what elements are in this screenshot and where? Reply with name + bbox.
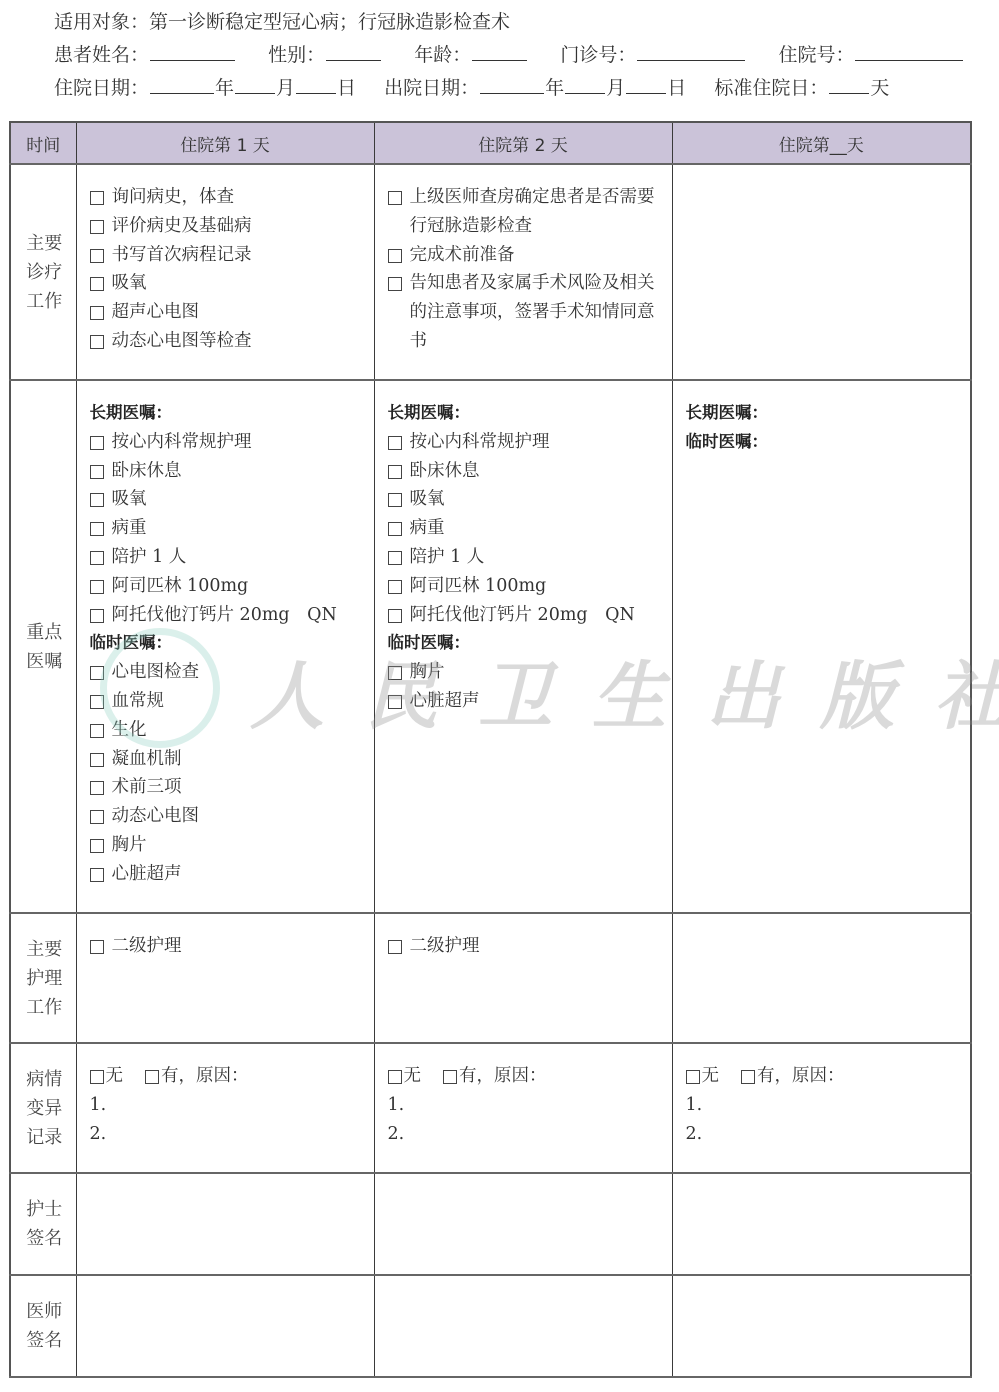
checkbox-icon[interactable] xyxy=(388,493,402,507)
day2-variation-cell: 无 有，原因： 1. 2. xyxy=(374,1043,672,1173)
checklist-item[interactable]: 阿托伐他汀钙片 20mg QN xyxy=(90,601,362,630)
item-label: 血常规 xyxy=(112,687,362,716)
outpatient-no-label: 门诊号： xyxy=(560,44,636,66)
checkbox-icon[interactable] xyxy=(90,220,104,234)
admit-date-label: 住院日期： xyxy=(54,77,149,99)
row-label-text: 病情变异记录 xyxy=(20,1065,66,1152)
inpatient-no-field[interactable]: 住院号： xyxy=(778,39,964,72)
checklist-item[interactable]: 吸氧 xyxy=(388,485,660,514)
year-unit: 年 xyxy=(545,77,564,99)
variation-none-option[interactable]: 无 xyxy=(686,1062,720,1091)
checklist-item[interactable]: 术前三项 xyxy=(90,773,362,802)
checkbox-icon[interactable] xyxy=(388,580,402,594)
option-label: 无 xyxy=(702,1062,720,1091)
item-label: 陪护 1 人 xyxy=(410,543,660,572)
row-label-text: 主要护理工作 xyxy=(20,935,66,1022)
clinical-pathway-table: 时间 住院第 1 天 住院第 2 天 住院第__天 主要诊疗工作 询问病史，体查… xyxy=(9,121,972,1378)
day1-orders-cell: 长期医嘱： 按心内科常规护理 卧床休息 吸氧 病重 陪护 1 人 阿司匹林 10… xyxy=(76,380,374,913)
standard-stay-label: 标准住院日： xyxy=(714,77,828,99)
age-label: 年龄： xyxy=(414,44,471,66)
long-term-orders-heading: 长期医嘱： xyxy=(388,399,660,428)
item-label: 陪护 1 人 xyxy=(112,543,362,572)
patient-name-blank[interactable] xyxy=(150,40,235,61)
patient-name-field[interactable]: 患者姓名： xyxy=(54,39,236,72)
checkbox-icon[interactable] xyxy=(90,436,104,450)
item-label: 吸氧 xyxy=(112,485,362,514)
checkbox-icon[interactable] xyxy=(741,1070,755,1084)
admit-month-blank[interactable] xyxy=(235,73,275,94)
item-label: 胸片 xyxy=(112,831,362,860)
row-label: 重点医嘱 xyxy=(10,380,76,913)
item-label: 吸氧 xyxy=(410,485,660,514)
checkbox-icon[interactable] xyxy=(443,1070,457,1084)
checklist-item[interactable]: 按心内科常规护理 xyxy=(90,428,362,457)
row-label: 病情变异记录 xyxy=(10,1043,76,1173)
item-label: 凝血机制 xyxy=(112,745,362,774)
checkbox-icon[interactable] xyxy=(90,868,104,882)
checkbox-icon[interactable] xyxy=(90,940,104,954)
checkbox-icon[interactable] xyxy=(388,551,402,565)
standard-stay-blank[interactable] xyxy=(829,73,869,94)
option-label: 无 xyxy=(404,1062,422,1091)
outpatient-no-field[interactable]: 门诊号： xyxy=(560,39,746,72)
variation-yes-option[interactable]: 有，原因： xyxy=(145,1062,249,1091)
checklist-item[interactable]: 上级医师查房确定患者是否需要行冠脉造影检查 xyxy=(388,183,660,241)
checkbox-icon[interactable] xyxy=(90,753,104,767)
temporary-orders-heading: 临时医嘱： xyxy=(90,629,362,658)
checkbox-icon[interactable] xyxy=(90,522,104,536)
checkbox-icon[interactable] xyxy=(90,277,104,291)
item-label: 心脏超声 xyxy=(112,860,362,889)
checklist-item[interactable]: 血常规 xyxy=(90,687,362,716)
dayN-variation-cell: 无 有，原因： 1. 2. xyxy=(672,1043,971,1173)
checklist-item[interactable]: 动态心电图 xyxy=(90,802,362,831)
checkbox-icon[interactable] xyxy=(388,940,402,954)
variation-none-option[interactable]: 无 xyxy=(388,1062,422,1091)
row-label: 主要诊疗工作 xyxy=(10,164,76,380)
checkbox-icon[interactable] xyxy=(90,781,104,795)
patient-info-line: 患者姓名： 性别： 年龄： 门诊号： 住院号： xyxy=(54,39,954,72)
day1-variation-cell: 无 有，原因： 1. 2. xyxy=(76,1043,374,1173)
day2-orders-cell: 长期医嘱： 按心内科常规护理 卧床休息 吸氧 病重 陪护 1 人 阿司匹林 10… xyxy=(374,380,672,913)
table-row-main-diagnosis: 主要诊疗工作 询问病史，体查 评价病史及基础病 书写首次病程记录 吸氧 超声心电… xyxy=(10,164,971,380)
item-label: 评价病史及基础病 xyxy=(112,212,362,241)
checkbox-icon[interactable] xyxy=(90,249,104,263)
checklist-item[interactable]: 陪护 1 人 xyxy=(388,543,660,572)
days-unit: 天 xyxy=(870,77,889,99)
row-label-text: 主要诊疗工作 xyxy=(20,229,66,316)
day-unit: 日 xyxy=(337,77,356,99)
year-unit: 年 xyxy=(215,77,234,99)
checklist-item[interactable]: 评价病史及基础病 xyxy=(90,212,362,241)
variation-line-1[interactable]: 1. xyxy=(388,1091,660,1120)
checklist-item[interactable]: 生化 xyxy=(90,716,362,745)
item-label: 告知患者及家属手术风险及相关的注意事项，签署手术知情同意书 xyxy=(410,269,660,355)
checkbox-icon[interactable] xyxy=(388,277,402,291)
checklist-item[interactable]: 胸片 xyxy=(388,658,660,687)
gender-label: 性别： xyxy=(268,44,325,66)
applicable-value: 第一诊断稳定型冠心病；行冠脉造影检查术 xyxy=(149,11,510,33)
discharge-date-label: 出院日期： xyxy=(384,77,479,99)
inpatient-no-label: 住院号： xyxy=(778,44,854,66)
month-unit: 月 xyxy=(276,77,295,99)
item-label: 病重 xyxy=(112,514,362,543)
checklist-item[interactable]: 凝血机制 xyxy=(90,745,362,774)
option-label: 有，原因： xyxy=(757,1062,845,1091)
checklist-item[interactable]: 心脏超声 xyxy=(388,687,660,716)
variation-yes-option[interactable]: 有，原因： xyxy=(443,1062,547,1091)
day1-diagnosis-cell: 询问病史，体查 评价病史及基础病 书写首次病程记录 吸氧 超声心电图 动态心电图… xyxy=(76,164,374,380)
variation-line-2[interactable]: 2. xyxy=(90,1120,362,1149)
table-row-variation: 病情变异记录 无 有，原因： 1. 2. 无 有，原因： 1. 2. 无 xyxy=(10,1043,971,1173)
checkbox-icon[interactable] xyxy=(90,465,104,479)
gender-blank[interactable] xyxy=(326,40,381,61)
checkbox-icon[interactable] xyxy=(90,191,104,205)
checkbox-icon[interactable] xyxy=(90,810,104,824)
row-label: 主要护理工作 xyxy=(10,913,76,1043)
dayN-nurse-signature-cell[interactable] xyxy=(672,1173,971,1275)
temporary-orders-heading: 临时医嘱： xyxy=(686,428,959,457)
row-label: 护士签名 xyxy=(10,1173,76,1275)
item-label: 心电图检查 xyxy=(112,658,362,687)
checkbox-icon[interactable] xyxy=(90,580,104,594)
checklist-item[interactable]: 二级护理 xyxy=(90,932,362,961)
admit-day-blank[interactable] xyxy=(296,73,336,94)
age-blank[interactable] xyxy=(472,40,527,61)
discharge-year-blank[interactable] xyxy=(480,73,544,94)
patient-name-label: 患者姓名： xyxy=(54,44,149,66)
checkbox-icon[interactable] xyxy=(90,724,104,738)
row-label-text: 重点医嘱 xyxy=(20,618,66,676)
item-label: 书写首次病程记录 xyxy=(112,241,362,270)
checklist-item[interactable]: 病重 xyxy=(90,514,362,543)
option-label: 有，原因： xyxy=(459,1062,547,1091)
col-header-day2: 住院第 2 天 xyxy=(374,122,672,164)
variation-none-option[interactable]: 无 xyxy=(90,1062,124,1091)
day2-diagnosis-cell: 上级医师查房确定患者是否需要行冠脉造影检查 完成术前准备 告知患者及家属手术风险… xyxy=(374,164,672,380)
item-label: 动态心电图等检查 xyxy=(112,327,362,356)
variation-yes-option[interactable]: 有，原因： xyxy=(741,1062,845,1091)
item-label: 术前三项 xyxy=(112,773,362,802)
long-term-orders-heading: 长期医嘱： xyxy=(90,399,362,428)
checkbox-icon[interactable] xyxy=(90,1070,104,1084)
checkbox-icon[interactable] xyxy=(388,191,402,205)
checkbox-icon[interactable] xyxy=(388,609,402,623)
checklist-item[interactable]: 二级护理 xyxy=(388,932,660,961)
row-label-text: 医师签名 xyxy=(20,1297,66,1355)
checkbox-icon[interactable] xyxy=(90,493,104,507)
checkbox-icon[interactable] xyxy=(90,306,104,320)
checklist-item[interactable]: 按心内科常规护理 xyxy=(388,428,660,457)
item-label: 按心内科常规护理 xyxy=(112,428,362,457)
checklist-item[interactable]: 阿司匹林 100mg xyxy=(388,572,660,601)
item-label: 询问病史，体查 xyxy=(112,183,362,212)
option-label: 有，原因： xyxy=(161,1062,249,1091)
temporary-orders-heading: 临时医嘱： xyxy=(388,629,660,658)
dayN-orders-cell[interactable]: 长期医嘱： 临时医嘱： xyxy=(672,380,971,913)
variation-line-2[interactable]: 2. xyxy=(686,1120,959,1149)
checkbox-icon[interactable] xyxy=(388,1070,402,1084)
checkbox-icon[interactable] xyxy=(388,522,402,536)
item-label: 病重 xyxy=(410,514,660,543)
item-label: 卧床休息 xyxy=(410,457,660,486)
checklist-item[interactable]: 心电图检查 xyxy=(90,658,362,687)
day1-doctor-signature-cell[interactable] xyxy=(76,1275,374,1377)
checklist-item[interactable]: 阿司匹林 100mg xyxy=(90,572,362,601)
applicable-line: 适用对象：第一诊断稳定型冠心病；行冠脉造影检查术 xyxy=(54,6,954,39)
checklist-item[interactable]: 陪护 1 人 xyxy=(90,543,362,572)
checkbox-icon[interactable] xyxy=(90,551,104,565)
item-label: 阿托伐他汀钙片 20mg QN xyxy=(410,601,660,630)
checkbox-icon[interactable] xyxy=(388,695,402,709)
day1-nursing-cell: 二级护理 xyxy=(76,913,374,1043)
checkbox-icon[interactable] xyxy=(90,666,104,680)
item-label: 卧床休息 xyxy=(112,457,362,486)
month-unit: 月 xyxy=(606,77,625,99)
checklist-item[interactable]: 吸氧 xyxy=(90,269,362,298)
form-header: 适用对象：第一诊断稳定型冠心病；行冠脉造影检查术 患者姓名： 性别： 年龄： 门… xyxy=(54,6,954,105)
checklist-item[interactable]: 告知患者及家属手术风险及相关的注意事项，签署手术知情同意书 xyxy=(388,269,660,355)
long-term-orders-heading: 长期医嘱： xyxy=(686,399,959,428)
gender-field[interactable]: 性别： xyxy=(268,39,382,72)
table-row-nurse-signature: 护士签名 xyxy=(10,1173,971,1275)
checklist-item[interactable]: 胸片 xyxy=(90,831,362,860)
day2-nursing-cell: 二级护理 xyxy=(374,913,672,1043)
day1-nurse-signature-cell[interactable] xyxy=(76,1173,374,1275)
checklist-item[interactable]: 心脏超声 xyxy=(90,860,362,889)
option-label: 无 xyxy=(106,1062,124,1091)
checklist-item[interactable]: 病重 xyxy=(388,514,660,543)
checklist-item[interactable]: 完成术前准备 xyxy=(388,241,660,270)
discharge-month-blank[interactable] xyxy=(565,73,605,94)
item-label: 心脏超声 xyxy=(410,687,660,716)
item-label: 二级护理 xyxy=(112,932,362,961)
col-header-day1: 住院第 1 天 xyxy=(76,122,374,164)
dayN-doctor-signature-cell[interactable] xyxy=(672,1275,971,1377)
row-label-text: 护士签名 xyxy=(20,1195,66,1253)
checkbox-icon[interactable] xyxy=(388,465,402,479)
dates-line: 住院日期：年月日 出院日期：年月日 标准住院日：天 xyxy=(54,72,954,105)
day-unit: 日 xyxy=(667,77,686,99)
item-label: 超声心电图 xyxy=(112,298,362,327)
checklist-item[interactable]: 书写首次病程记录 xyxy=(90,241,362,270)
variation-line-1[interactable]: 1. xyxy=(686,1091,959,1120)
item-label: 胸片 xyxy=(410,658,660,687)
col-header-time: 时间 xyxy=(10,122,76,164)
checklist-item[interactable]: 询问病史，体查 xyxy=(90,183,362,212)
item-label: 动态心电图 xyxy=(112,802,362,831)
checkbox-icon[interactable] xyxy=(90,839,104,853)
checklist-item[interactable]: 超声心电图 xyxy=(90,298,362,327)
item-label: 完成术前准备 xyxy=(410,241,660,270)
checkbox-icon[interactable] xyxy=(388,249,402,263)
item-label: 阿司匹林 100mg xyxy=(410,572,660,601)
inpatient-no-blank[interactable] xyxy=(855,40,963,61)
item-label: 吸氧 xyxy=(112,269,362,298)
outpatient-no-blank[interactable] xyxy=(637,40,745,61)
table-header-row: 时间 住院第 1 天 住院第 2 天 住院第__天 xyxy=(10,122,971,164)
checkbox-icon[interactable] xyxy=(145,1070,159,1084)
row-label: 医师签名 xyxy=(10,1275,76,1377)
age-field[interactable]: 年龄： xyxy=(414,39,528,72)
admit-year-blank[interactable] xyxy=(150,73,214,94)
variation-line-1[interactable]: 1. xyxy=(90,1091,362,1120)
item-label: 按心内科常规护理 xyxy=(410,428,660,457)
table-row-doctor-signature: 医师签名 xyxy=(10,1275,971,1377)
checklist-item[interactable]: 阿托伐他汀钙片 20mg QN xyxy=(388,601,660,630)
table-row-nursing: 主要护理工作 二级护理 二级护理 xyxy=(10,913,971,1043)
checklist-item[interactable]: 卧床休息 xyxy=(90,457,362,486)
item-label: 上级医师查房确定患者是否需要行冠脉造影检查 xyxy=(410,183,660,241)
variation-line-2[interactable]: 2. xyxy=(388,1120,660,1149)
day2-nurse-signature-cell[interactable] xyxy=(374,1173,672,1275)
checklist-item[interactable]: 吸氧 xyxy=(90,485,362,514)
item-label: 阿托伐他汀钙片 20mg QN xyxy=(112,601,362,630)
dayN-diagnosis-cell[interactable] xyxy=(672,164,971,380)
checkbox-icon[interactable] xyxy=(686,1070,700,1084)
dayN-nursing-cell[interactable] xyxy=(672,913,971,1043)
col-header-dayN: 住院第__天 xyxy=(672,122,971,164)
day2-doctor-signature-cell[interactable] xyxy=(374,1275,672,1377)
applicable-label: 适用对象： xyxy=(54,11,149,33)
checkbox-icon[interactable] xyxy=(90,335,104,349)
discharge-day-blank[interactable] xyxy=(626,73,666,94)
checklist-item[interactable]: 动态心电图等检查 xyxy=(90,327,362,356)
checkbox-icon[interactable] xyxy=(90,695,104,709)
item-label: 二级护理 xyxy=(410,932,660,961)
item-label: 生化 xyxy=(112,716,362,745)
checkbox-icon[interactable] xyxy=(388,666,402,680)
table-row-key-orders: 重点医嘱 长期医嘱： 按心内科常规护理 卧床休息 吸氧 病重 陪护 1 人 阿司… xyxy=(10,380,971,913)
checkbox-icon[interactable] xyxy=(90,609,104,623)
item-label: 阿司匹林 100mg xyxy=(112,572,362,601)
checklist-item[interactable]: 卧床休息 xyxy=(388,457,660,486)
checkbox-icon[interactable] xyxy=(388,436,402,450)
